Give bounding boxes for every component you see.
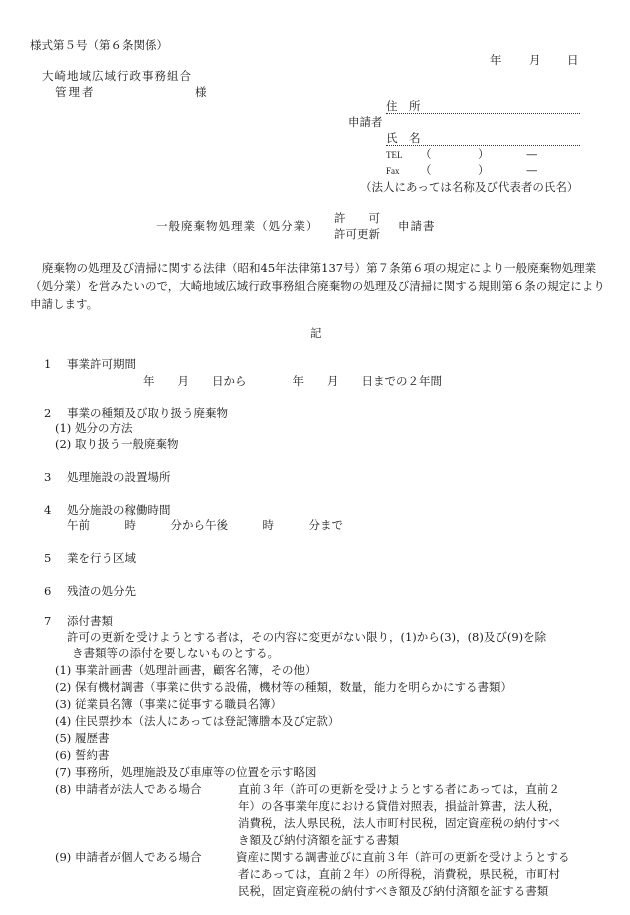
attachment-item-8-line: 年）の各事業年度における貸借対照表，損益計算書，法人税， — [238, 798, 560, 814]
item-5-number: 5 — [44, 550, 51, 566]
tel-paren-open: （ — [420, 146, 432, 162]
item-2-number: 2 — [44, 405, 51, 421]
attachment-item-9-line: 者にあっては，直前２年）の所得税，消費税，県民税，市町村 — [238, 866, 560, 882]
item-1-label: 事業許可期間 — [67, 356, 136, 372]
addressee-organization: 大崎地域広域行政事務組合 — [42, 68, 192, 84]
item-7-note-line-1: 許可の更新を受けようとする者は，その内容に変更がない限り，(1)から(3)，(8… — [67, 629, 546, 645]
item-3-number: 3 — [44, 469, 51, 485]
addressee-title: 管理者 — [55, 84, 96, 100]
attachment-item-8-line: 消費税，法人県民税，法人市町村民税，固定資産税の納付すべ — [238, 815, 560, 831]
attachment-item-8-label: (8) 申請者が法人である場合 — [55, 781, 201, 797]
attachment-item-8-line: き額及び納付済額を証する書類 — [238, 832, 399, 848]
item-4-label: 処分施設の稼働時間 — [67, 502, 171, 518]
fax-dash: — — [526, 162, 538, 178]
attachment-item-9-line: 資産に関する調書並びに直前３年（許可の更新を受けようとする — [236, 849, 570, 865]
applicant-note: （法人にあっては名称及び代表者の氏名） — [360, 179, 578, 195]
fax-paren-open: （ — [420, 162, 432, 178]
attachment-item: (5) 履歴書 — [55, 730, 109, 746]
item-6-label: 残渣の処分先 — [67, 583, 136, 599]
attachment-item-9-line: 民税，固定資産税の納付すべき額及び納付済額を証する書類 — [238, 883, 548, 899]
item-2-label: 事業の種類及び取り扱う廃棄物 — [67, 405, 228, 421]
attachment-item: (4) 住民票抄本（法人にあっては登記簿謄本及び定款） — [55, 713, 339, 729]
applicant-label: 申請者 — [348, 114, 383, 130]
title-suffix: 申請書 — [398, 218, 436, 234]
item-4-number: 4 — [44, 502, 51, 518]
item-2-sub-2: (2) 取り扱う一般廃棄物 — [55, 436, 178, 452]
attachment-item-8-line: 直前３年（許可の更新を受けようとする者にあっては，直前２ — [238, 781, 560, 797]
name-label: 氏 名 — [386, 131, 421, 145]
attachment-item: (6) 誓約書 — [55, 747, 109, 763]
address-field[interactable]: 住 所 — [386, 98, 580, 114]
item-3-label: 処理施設の設置場所 — [67, 469, 171, 485]
tel-label: TEL — [386, 147, 403, 163]
date-day: 日 — [567, 52, 579, 68]
item-7-number: 7 — [44, 613, 51, 629]
date-month: 月 — [529, 52, 541, 68]
intro-paragraph: 廃棄物の処理及び清掃に関する法律（昭和45年法律第137号）第７条第６項の規定に… — [30, 259, 610, 313]
form-number: 様式第５号（第６条関係） — [30, 37, 168, 53]
tel-paren-close: ） — [478, 146, 490, 162]
item-7-label: 添付書類 — [67, 613, 113, 629]
name-field[interactable]: 氏 名 — [386, 130, 580, 146]
address-label: 住 所 — [386, 99, 421, 113]
tel-dash: — — [526, 146, 538, 162]
title-option-renewal: 許可更新 — [334, 226, 380, 242]
title-option-permit: 許 可 — [334, 210, 380, 226]
item-4-hours: 午前 時 分から午後 時 分まで — [67, 517, 343, 533]
attachment-item: (2) 保有機材調書（事業に供する設備，機材等の種類，数量，能力を明らかにする書… — [55, 679, 512, 695]
item-5-label: 業を行う区域 — [67, 550, 136, 566]
ki-heading: 記 — [310, 325, 322, 341]
attachment-item: (7) 事務所，処理施設及び車庫等の位置を示す略図 — [55, 764, 316, 780]
fax-field[interactable]: Fax （ ） — — [386, 163, 586, 177]
addressee-honorific: 様 — [195, 84, 207, 100]
item-1-number: 1 — [44, 356, 51, 372]
fax-label: Fax — [386, 163, 400, 179]
fax-paren-close: ） — [478, 162, 490, 178]
tel-field[interactable]: TEL （ ） — — [386, 147, 586, 161]
item-1-period: 年 月 日から 年 月 日までの２年間 — [143, 373, 442, 389]
attachment-item: (1) 事業計画書（処理計画書，顧客名簿，その他） — [55, 662, 316, 678]
item-7-note-line-2: き書類等の添付を要しないものとする。 — [72, 645, 279, 661]
date-year: 年 — [490, 52, 502, 68]
item-6-number: 6 — [44, 583, 51, 599]
title-main: 一般廃棄物処理業（処分業） — [156, 218, 319, 234]
attachment-item-9-label: (9) 申請者が個人である場合 — [55, 849, 201, 865]
item-2-sub-1: (1) 処分の方法 — [55, 420, 132, 436]
attachment-item: (3) 従業員名簿（事業に従事する職員名簿） — [55, 696, 282, 712]
